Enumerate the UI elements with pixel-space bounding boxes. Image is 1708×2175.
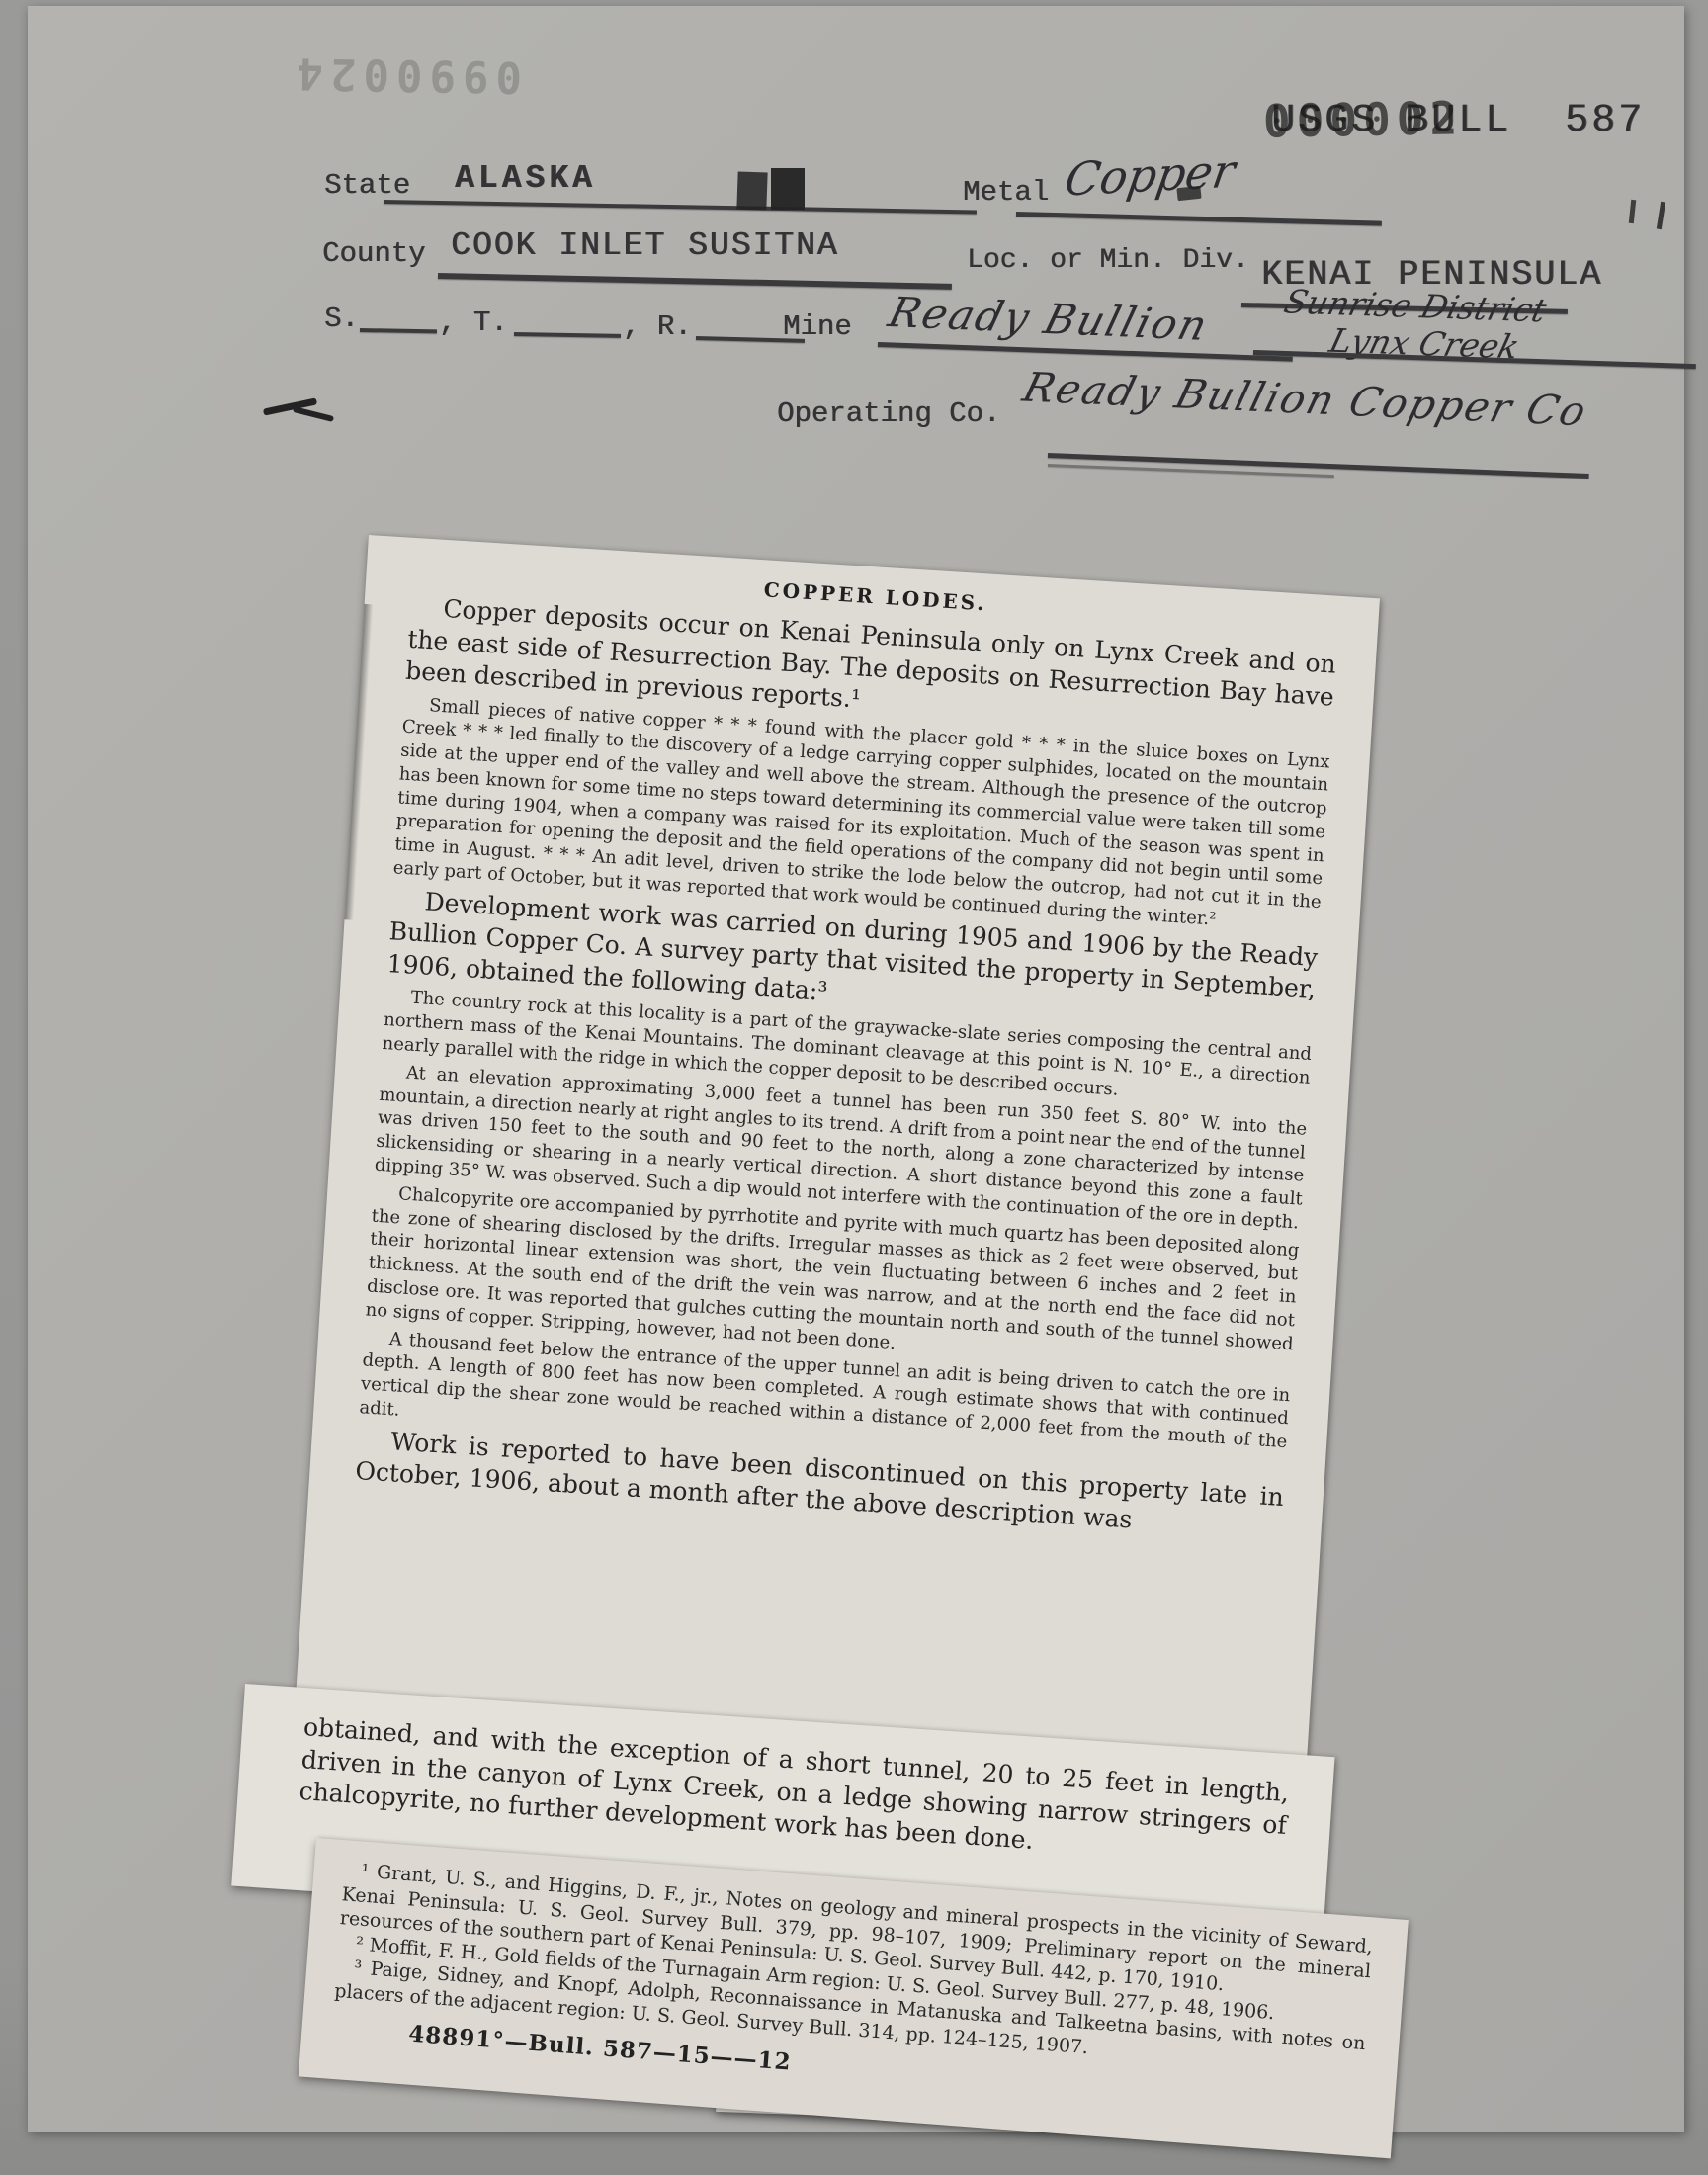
metal-underline (1016, 212, 1382, 226)
district-handwritten: Sunrise District (1280, 283, 1550, 330)
county-underline (438, 273, 952, 290)
state-underline (384, 200, 977, 214)
operator-value-handwritten: Ready Bullion Copper Co (1018, 364, 1592, 435)
section-blank (360, 328, 437, 333)
pen-tick-mark (1657, 202, 1665, 229)
township-blank (514, 332, 621, 338)
pen-tick-mark (1629, 200, 1636, 223)
operator-label: Operating Co. (777, 397, 1000, 430)
section-label: S. (324, 303, 359, 335)
township-label: , T. (439, 306, 508, 339)
metal-value-handwritten: Copper (1062, 143, 1238, 206)
mine-label: Mine (783, 310, 852, 343)
faint-serial-stamp: 0990024 (265, 47, 523, 103)
range-label: , R. (623, 310, 692, 343)
metal-label: Metal (963, 176, 1049, 209)
loc-div-label: Loc. or Min. Div. (967, 245, 1249, 276)
scanned-record-card: 0990024 USGS BULL 587 000002 State ALASK… (0, 0, 1708, 2175)
county-label: County (322, 237, 425, 270)
clipping-main: COPPER LODES. Copper deposits occur on K… (292, 535, 1380, 1822)
pen-dash-mark (1176, 186, 1201, 201)
pen-scribble (293, 406, 334, 422)
state-label: State (324, 169, 410, 202)
state-value: ALASKA (455, 160, 596, 197)
ink-smudge (771, 168, 805, 210)
index-card-sheet: 0990024 USGS BULL 587 000002 State ALASK… (28, 6, 1684, 2131)
county-value: COOK INLET SUSITNA (451, 227, 838, 264)
ink-smudge (736, 171, 767, 210)
mine-value-handwritten: Ready Bullion (884, 288, 1214, 350)
mine-underline (878, 342, 1293, 362)
serial-overprint-stamp: 000002 (1263, 91, 1464, 148)
